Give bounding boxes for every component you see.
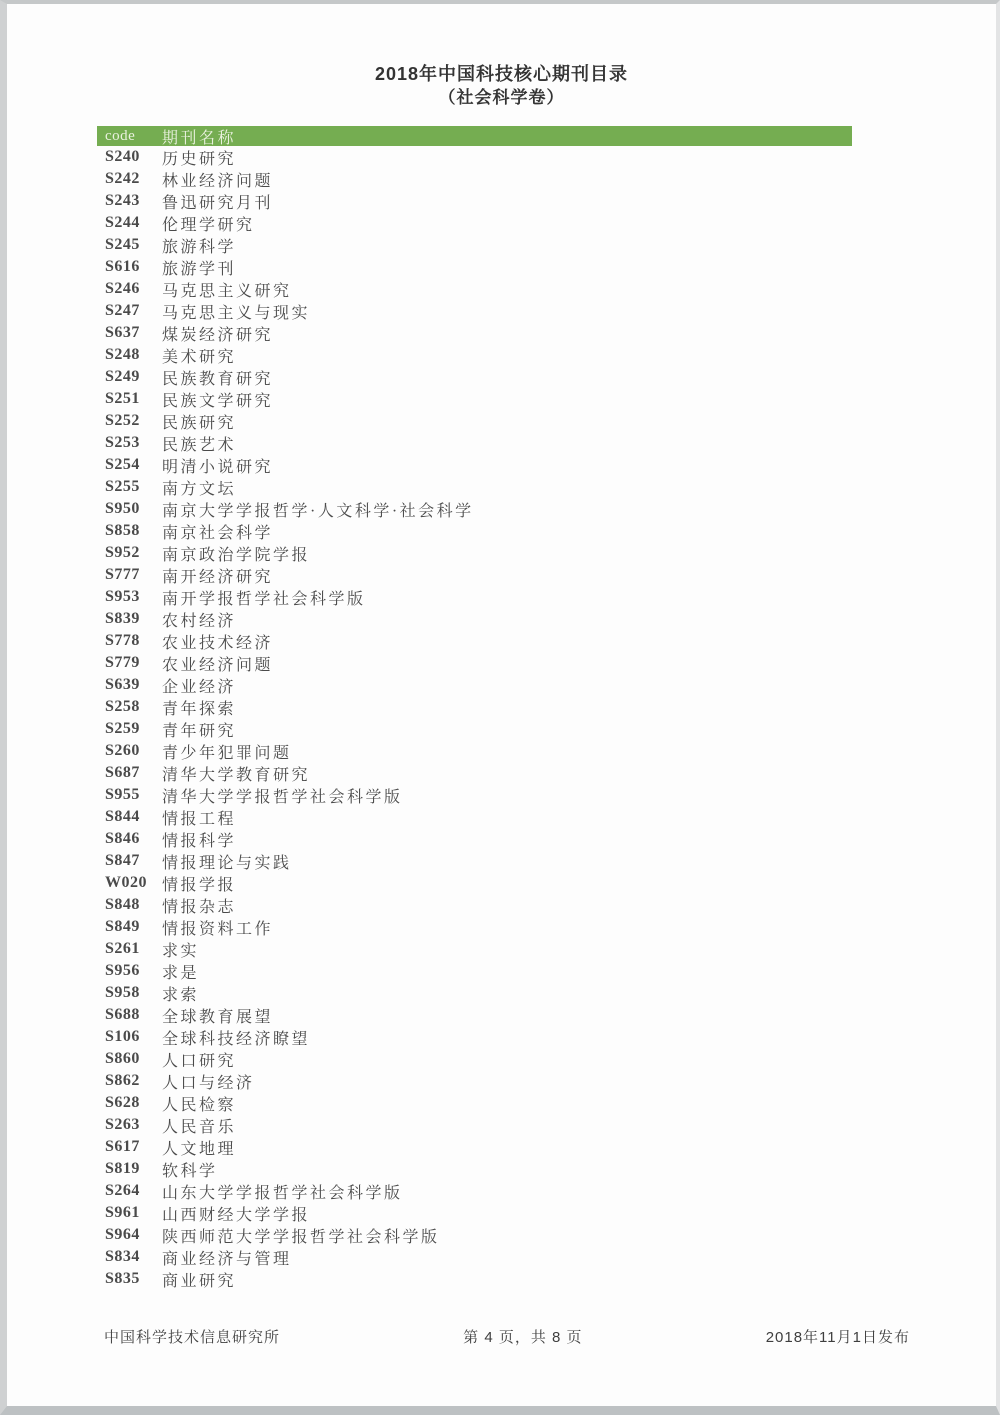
table-row: S846情报科学 xyxy=(97,828,852,850)
table-body: S240历史研究S242林业经济问题S243鲁迅研究月刊S244伦理学研究S24… xyxy=(97,146,852,1290)
table-header-row: code 期刊名称 xyxy=(97,126,852,146)
table-row: S242林业经济问题 xyxy=(97,168,852,190)
journal-code: S860 xyxy=(105,1050,162,1068)
table-row: S844情报工程 xyxy=(97,806,852,828)
journal-name: 全球科技经济瞭望 xyxy=(162,1026,310,1049)
journal-name: 情报科学 xyxy=(162,828,236,851)
journal-code: S779 xyxy=(105,654,162,672)
journal-name: 情报杂志 xyxy=(162,894,236,917)
journal-code: S252 xyxy=(105,412,162,430)
table-row: S779农业经济问题 xyxy=(97,652,852,674)
journal-code: S953 xyxy=(105,588,162,606)
journal-name: 民族研究 xyxy=(162,410,236,433)
journal-name: 民族艺术 xyxy=(162,432,236,455)
table-row: S858南京社会科学 xyxy=(97,520,852,542)
journal-name: 南京政治学院学报 xyxy=(162,542,310,565)
table-row: S245旅游科学 xyxy=(97,234,852,256)
document-page: 2018年中国科技核心期刊目录 （社会科学卷） code 期刊名称 S240历史… xyxy=(0,0,1000,1415)
journal-name: 历史研究 xyxy=(162,146,236,169)
journal-code: S264 xyxy=(105,1182,162,1200)
journal-code: S260 xyxy=(105,742,162,760)
journal-code: S263 xyxy=(105,1116,162,1134)
journal-name: 清华大学学报哲学社会科学版 xyxy=(162,784,403,807)
table-row: S263人民音乐 xyxy=(97,1114,852,1136)
journal-name: 南开经济研究 xyxy=(162,564,273,587)
table-row: S848情报杂志 xyxy=(97,894,852,916)
table-row: S958求索 xyxy=(97,982,852,1004)
journal-name: 企业经济 xyxy=(162,674,236,697)
journal-code: S248 xyxy=(105,346,162,364)
journal-code: S616 xyxy=(105,258,162,276)
journal-name: 全球教育展望 xyxy=(162,1004,273,1027)
journal-name: 南方文坛 xyxy=(162,476,236,499)
journal-name: 青少年犯罪问题 xyxy=(162,740,292,763)
journal-code: S247 xyxy=(105,302,162,320)
journal-name: 美术研究 xyxy=(162,344,236,367)
journal-code: S253 xyxy=(105,434,162,452)
journal-name: 民族教育研究 xyxy=(162,366,273,389)
footer-publish-date: 2018年11月1日发布 xyxy=(766,1326,910,1347)
table-row: S778农业技术经济 xyxy=(97,630,852,652)
column-header-code: code xyxy=(105,128,162,145)
journal-name: 求是 xyxy=(162,960,199,983)
journal-code: S844 xyxy=(105,808,162,826)
journal-code: S848 xyxy=(105,896,162,914)
journal-name: 商业研究 xyxy=(162,1268,236,1291)
journal-table: code 期刊名称 S240历史研究S242林业经济问题S243鲁迅研究月刊S2… xyxy=(97,126,852,1290)
journal-code: S956 xyxy=(105,962,162,980)
table-row: S849情报资料工作 xyxy=(97,916,852,938)
journal-code: S950 xyxy=(105,500,162,518)
journal-name: 伦理学研究 xyxy=(162,212,255,235)
table-row: S637煤炭经济研究 xyxy=(97,322,852,344)
journal-code: S955 xyxy=(105,786,162,804)
table-row: S964陕西师范大学学报哲学社会科学版 xyxy=(97,1224,852,1246)
table-row: S254明清小说研究 xyxy=(97,454,852,476)
journal-code: S243 xyxy=(105,192,162,210)
journal-code: S242 xyxy=(105,170,162,188)
journal-code: S261 xyxy=(105,940,162,958)
journal-name: 求索 xyxy=(162,982,199,1005)
table-row: S240历史研究 xyxy=(97,146,852,168)
journal-code: S259 xyxy=(105,720,162,738)
journal-name: 软科学 xyxy=(162,1158,218,1181)
table-row: S243鲁迅研究月刊 xyxy=(97,190,852,212)
journal-name: 马克思主义研究 xyxy=(162,278,292,301)
journal-code: S952 xyxy=(105,544,162,562)
journal-name: 清华大学教育研究 xyxy=(162,762,310,785)
journal-code: W020 xyxy=(105,874,162,892)
table-row: S261求实 xyxy=(97,938,852,960)
journal-name: 青年研究 xyxy=(162,718,236,741)
journal-name: 情报资料工作 xyxy=(162,916,273,939)
journal-code: S258 xyxy=(105,698,162,716)
journal-code: S834 xyxy=(105,1248,162,1266)
table-row: S956求是 xyxy=(97,960,852,982)
journal-code: S240 xyxy=(105,148,162,166)
journal-name: 马克思主义与现实 xyxy=(162,300,310,323)
journal-code: S778 xyxy=(105,632,162,650)
journal-code: S628 xyxy=(105,1094,162,1112)
footer-page-info: 第 4 页，共 8 页 xyxy=(463,1326,582,1347)
table-row: S628人民检察 xyxy=(97,1092,852,1114)
table-row: S255南方文坛 xyxy=(97,476,852,498)
table-row: S688全球教育展望 xyxy=(97,1004,852,1026)
table-row: W020情报学报 xyxy=(97,872,852,894)
table-row: S617人文地理 xyxy=(97,1136,852,1158)
journal-name: 人民检察 xyxy=(162,1092,236,1115)
table-row: S253民族艺术 xyxy=(97,432,852,454)
table-row: S247马克思主义与现实 xyxy=(97,300,852,322)
journal-code: S106 xyxy=(105,1028,162,1046)
journal-code: S244 xyxy=(105,214,162,232)
journal-name: 煤炭经济研究 xyxy=(162,322,273,345)
journal-name: 山西财经大学学报 xyxy=(162,1202,310,1225)
table-row: S777南开经济研究 xyxy=(97,564,852,586)
journal-code: S862 xyxy=(105,1072,162,1090)
journal-code: S858 xyxy=(105,522,162,540)
journal-name: 南京大学学报哲学·人文科学·社会科学 xyxy=(162,498,474,521)
table-row: S862人口与经济 xyxy=(97,1070,852,1092)
journal-name: 情报理论与实践 xyxy=(162,850,292,873)
journal-code: S819 xyxy=(105,1160,162,1178)
journal-code: S637 xyxy=(105,324,162,342)
table-row: S839农村经济 xyxy=(97,608,852,630)
journal-name: 农村经济 xyxy=(162,608,236,631)
journal-code: S777 xyxy=(105,566,162,584)
journal-name: 旅游科学 xyxy=(162,234,236,257)
column-header-name: 期刊名称 xyxy=(162,125,236,148)
journal-code: S617 xyxy=(105,1138,162,1156)
table-row: S687清华大学教育研究 xyxy=(97,762,852,784)
footer-publisher: 中国科学技术信息研究所 xyxy=(104,1326,280,1347)
table-row: S246马克思主义研究 xyxy=(97,278,852,300)
journal-name: 旅游学刊 xyxy=(162,256,236,279)
journal-code: S839 xyxy=(105,610,162,628)
table-row: S835商业研究 xyxy=(97,1268,852,1290)
journal-name: 人口与经济 xyxy=(162,1070,255,1093)
journal-code: S246 xyxy=(105,280,162,298)
journal-name: 求实 xyxy=(162,938,199,961)
table-row: S950南京大学学报哲学·人文科学·社会科学 xyxy=(97,498,852,520)
journal-code: S835 xyxy=(105,1270,162,1288)
table-row: S860人口研究 xyxy=(97,1048,852,1070)
journal-name: 鲁迅研究月刊 xyxy=(162,190,273,213)
journal-name: 明清小说研究 xyxy=(162,454,273,477)
journal-code: S255 xyxy=(105,478,162,496)
table-row: S952南京政治学院学报 xyxy=(97,542,852,564)
table-row: S616旅游学刊 xyxy=(97,256,852,278)
table-row: S244伦理学研究 xyxy=(97,212,852,234)
page-footer: 中国科学技术信息研究所 第 4 页，共 8 页 2018年11月1日发布 xyxy=(104,1326,910,1347)
table-row: S260青少年犯罪问题 xyxy=(97,740,852,762)
journal-name: 农业技术经济 xyxy=(162,630,273,653)
journal-name: 情报学报 xyxy=(162,872,236,895)
title-block: 2018年中国科技核心期刊目录 （社会科学卷） xyxy=(7,62,996,110)
table-row: S248美术研究 xyxy=(97,344,852,366)
journal-code: S251 xyxy=(105,390,162,408)
journal-code: S688 xyxy=(105,1006,162,1024)
table-row: S834商业经济与管理 xyxy=(97,1246,852,1268)
journal-code: S847 xyxy=(105,852,162,870)
journal-code: S687 xyxy=(105,764,162,782)
journal-code: S846 xyxy=(105,830,162,848)
journal-code: S254 xyxy=(105,456,162,474)
journal-name: 陕西师范大学学报哲学社会科学版 xyxy=(162,1224,440,1247)
journal-name: 情报工程 xyxy=(162,806,236,829)
table-row: S639企业经济 xyxy=(97,674,852,696)
table-row: S251民族文学研究 xyxy=(97,388,852,410)
journal-name: 民族文学研究 xyxy=(162,388,273,411)
journal-name: 南开学报哲学社会科学版 xyxy=(162,586,366,609)
table-row: S961山西财经大学学报 xyxy=(97,1202,852,1224)
page-subtitle: （社会科学卷） xyxy=(7,86,996,110)
journal-name: 林业经济问题 xyxy=(162,168,273,191)
journal-name: 农业经济问题 xyxy=(162,652,273,675)
journal-code: S961 xyxy=(105,1204,162,1222)
journal-name: 商业经济与管理 xyxy=(162,1246,292,1269)
journal-name: 山东大学学报哲学社会科学版 xyxy=(162,1180,403,1203)
table-row: S819软科学 xyxy=(97,1158,852,1180)
journal-name: 青年探索 xyxy=(162,696,236,719)
journal-name: 人口研究 xyxy=(162,1048,236,1071)
table-row: S249民族教育研究 xyxy=(97,366,852,388)
table-row: S252民族研究 xyxy=(97,410,852,432)
table-row: S953南开学报哲学社会科学版 xyxy=(97,586,852,608)
table-row: S258青年探索 xyxy=(97,696,852,718)
table-row: S847情报理论与实践 xyxy=(97,850,852,872)
journal-code: S964 xyxy=(105,1226,162,1244)
journal-code: S849 xyxy=(105,918,162,936)
journal-name: 人文地理 xyxy=(162,1136,236,1159)
page-title: 2018年中国科技核心期刊目录 xyxy=(7,62,996,86)
journal-code: S958 xyxy=(105,984,162,1002)
table-row: S955清华大学学报哲学社会科学版 xyxy=(97,784,852,806)
journal-code: S249 xyxy=(105,368,162,386)
table-row: S259青年研究 xyxy=(97,718,852,740)
journal-code: S245 xyxy=(105,236,162,254)
journal-name: 人民音乐 xyxy=(162,1114,236,1137)
journal-code: S639 xyxy=(105,676,162,694)
journal-name: 南京社会科学 xyxy=(162,520,273,543)
table-row: S106全球科技经济瞭望 xyxy=(97,1026,852,1048)
table-row: S264山东大学学报哲学社会科学版 xyxy=(97,1180,852,1202)
